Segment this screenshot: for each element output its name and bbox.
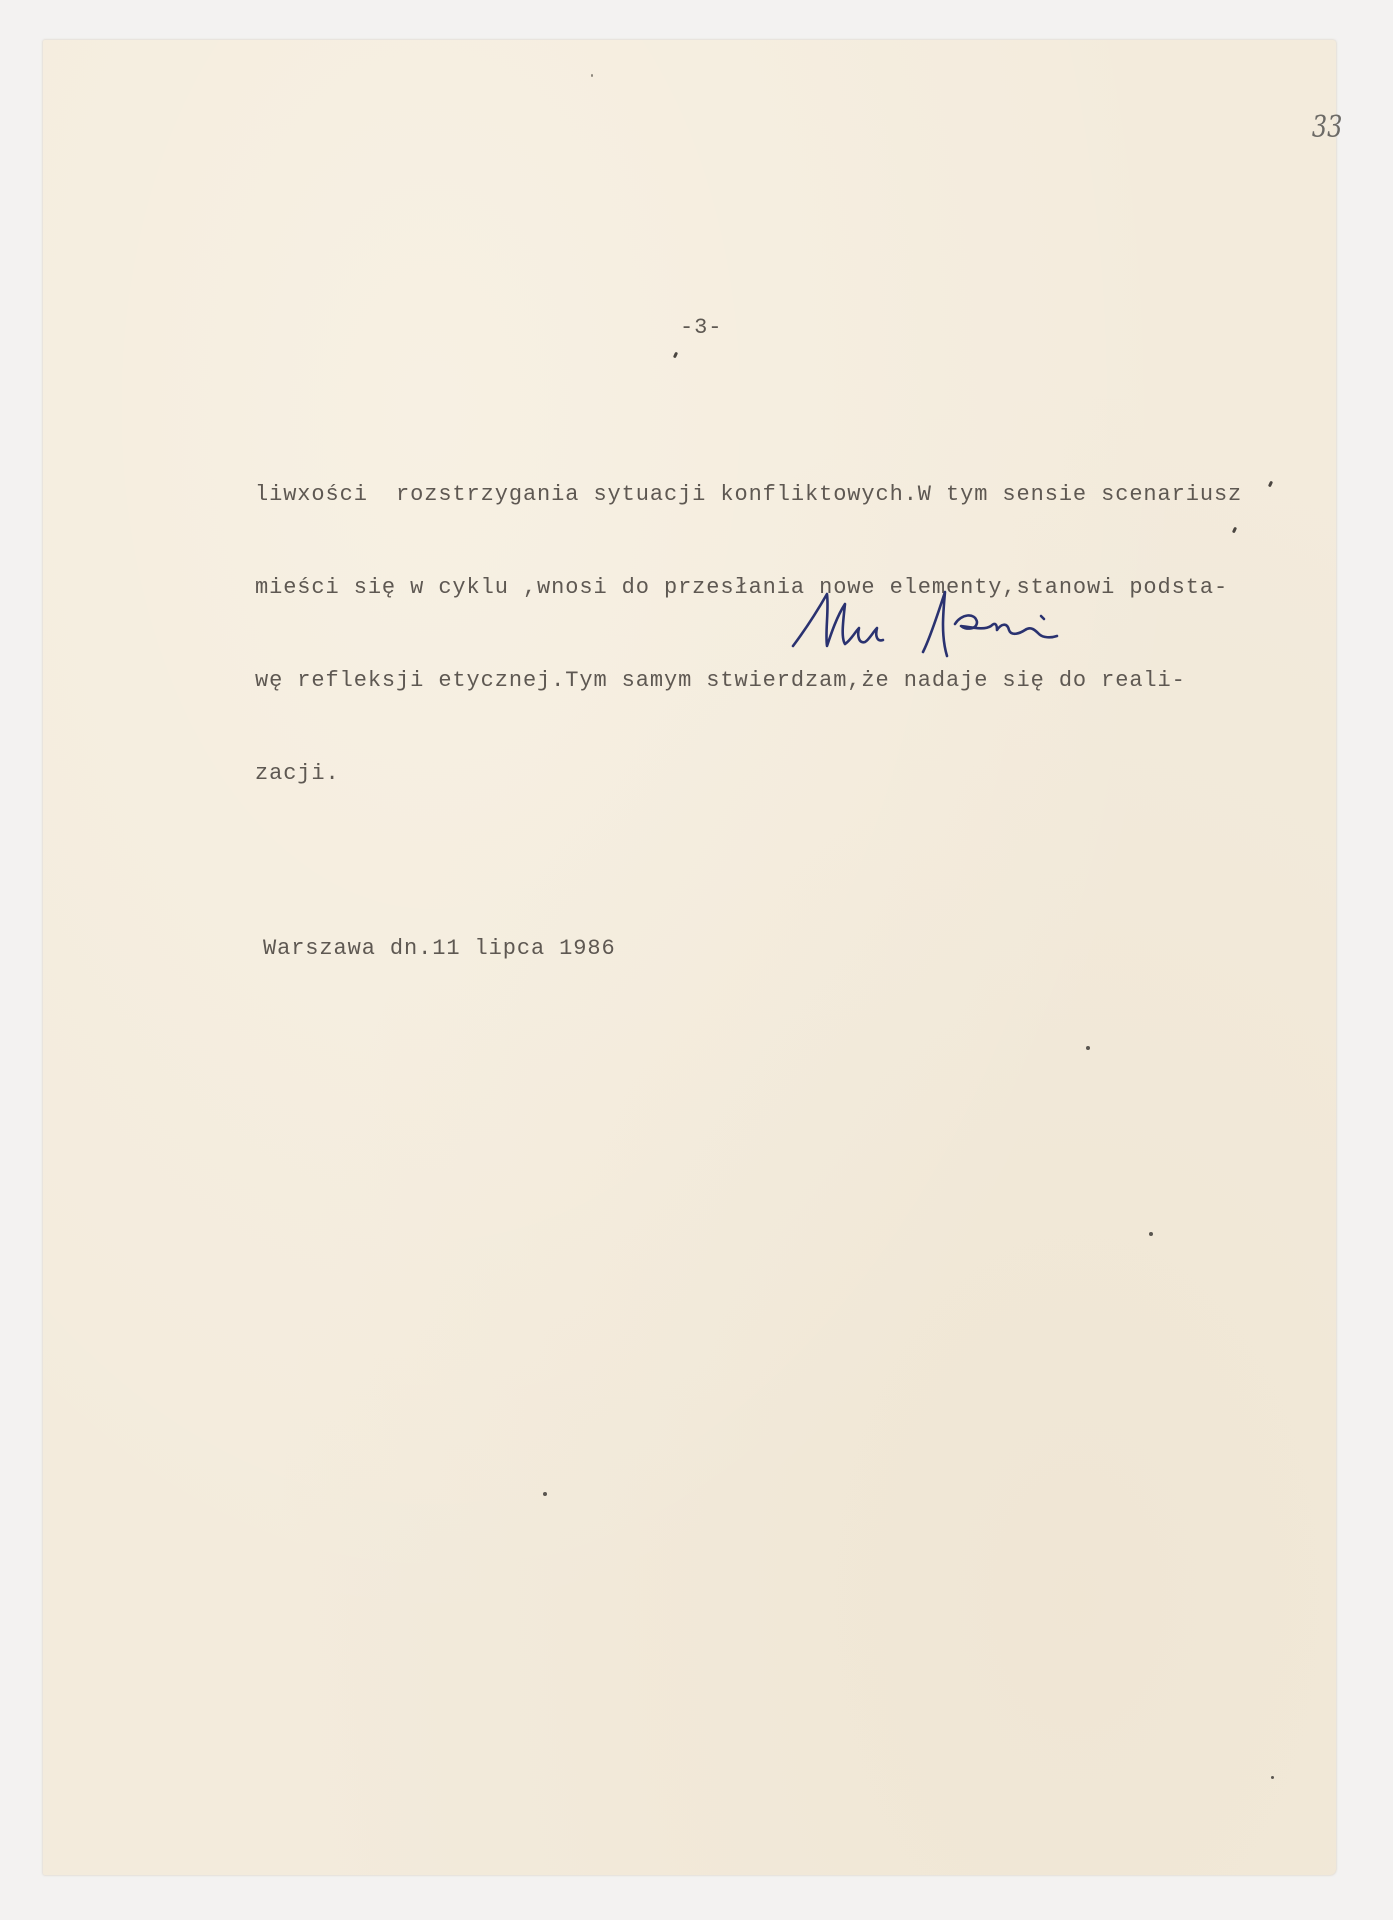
- paper-speck: [1149, 1232, 1153, 1236]
- date-line: Warszawa dn.11 lipca 1986: [263, 938, 616, 960]
- body-line: mieści się w cyklu ,wnosi do przesłania …: [255, 577, 1242, 626]
- paper-speck: [1271, 1776, 1274, 1779]
- archive-page-number: 33: [1312, 110, 1343, 145]
- ink-mark: [673, 352, 678, 359]
- paper-speck: [1086, 1046, 1090, 1050]
- paper-speck: [543, 1492, 547, 1496]
- body-line: wę refleksji etycznej.Tym samym stwierdz…: [255, 670, 1242, 719]
- body-line: zacji.: [255, 763, 1242, 812]
- page-number: -3-: [680, 317, 722, 339]
- ink-mark: [1268, 481, 1273, 488]
- signature-icon: [785, 580, 1085, 670]
- body-line: liwxości rozstrzygania sytuacji konflikt…: [255, 484, 1242, 533]
- document-page: 33 -3- liwxości rozstrzygania sytuacji k…: [43, 40, 1336, 1875]
- body-text: liwxości rozstrzygania sytuacji konflikt…: [255, 440, 1242, 856]
- paper-speck: [591, 74, 593, 77]
